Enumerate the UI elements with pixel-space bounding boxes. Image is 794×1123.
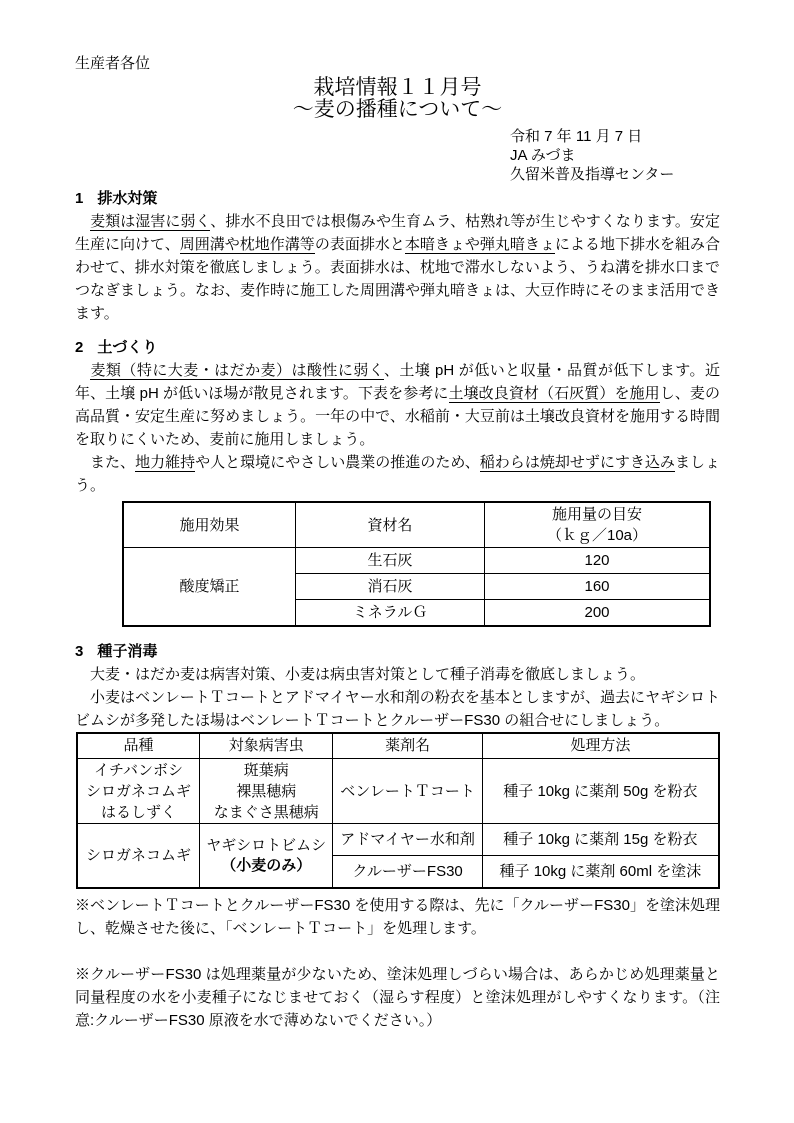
table-row: シロガネコムギ ヤギシロトビムシ （小麦のみ） アドマイヤー水和剤 種子 10k…: [77, 824, 719, 856]
amount-cell: 200: [485, 600, 711, 627]
section-3-paragraph-2: 小麦はベンレートＴコートとアドマイヤー水和剤の粉衣を基本としますが、過去にヤギシ…: [75, 686, 720, 732]
issue-date: 令和 7 年 11 月 7 日: [510, 127, 720, 146]
document-title-line2: ～麦の播種について～: [75, 99, 720, 121]
method-cell: 種子 10kg に薬剤 15g を粉衣: [482, 824, 719, 856]
section-1-paragraph: 麦類は湿害に弱く、排水不良田では根傷みや生育ムラ、枯熟れ等が生じやすくなります。…: [75, 210, 720, 325]
variety-line: はるしずく: [82, 802, 195, 823]
recipient-line: 生産者各位: [75, 52, 720, 75]
col-header-amount: 施用量の目安 （ｋｇ／10a）: [485, 502, 711, 548]
chemical-cell: ベンレートＴコート: [333, 759, 482, 824]
underlined-text: 麦類（特に大麦・はだか麦）は酸性に弱く: [90, 362, 384, 380]
method-cell: 種子 10kg に薬剤 50g を粉衣: [482, 759, 719, 824]
section-3-heading: 3種子消毒: [75, 641, 720, 663]
section-3-title: 種子消毒: [97, 643, 157, 660]
col-header-pest: 対象病害虫: [200, 733, 333, 759]
section-2-title: 土づくり: [97, 339, 157, 356]
underlined-text: 本暗きょや弾丸暗きょ: [405, 236, 555, 254]
footnote-2: ※クルーザーFS30 は処理薬量が少ないため、塗沫処理しづらい場合は、あらかじめ…: [75, 963, 720, 1032]
underlined-text: 稲わらは焼却せずにすき込み: [480, 454, 675, 472]
chemical-cell: クルーザーFS30: [333, 856, 482, 889]
disease-line: 裸黒穂病: [204, 781, 328, 802]
pest-cell: ヤギシロトビムシ （小麦のみ）: [200, 824, 333, 889]
section-2-number: 2: [75, 337, 83, 359]
method-cell: 種子 10kg に薬剤 60ml を塗沫: [482, 856, 719, 889]
org-name-ja: JA みづま: [510, 146, 720, 165]
seed-disinfection-table: 品種 対象病害虫 薬剤名 処理方法 イチバンボシ シロガネコムギ はるしずく 斑…: [76, 732, 720, 889]
variety-line: シロガネコムギ: [82, 781, 195, 802]
chemical-cell: アドマイヤー水和剤: [333, 824, 482, 856]
pest-name: ヤギシロトビムシ: [204, 836, 328, 856]
text-segment: また、: [75, 454, 135, 471]
issuer-block: 令和 7 年 11 月 7 日 JA みづま 久留米普及指導センター: [510, 127, 720, 184]
variety-cell: シロガネコムギ: [77, 824, 200, 889]
disease-line: なまぐさ黒穂病: [204, 802, 328, 823]
amount-cell: 160: [485, 574, 711, 600]
table-header-row: 施用効果 資材名 施用量の目安 （ｋｇ／10a）: [123, 502, 710, 548]
effect-cell: 酸度矯正: [123, 548, 296, 627]
section-3-number: 3: [75, 641, 83, 663]
underlined-text: 周囲溝や枕地作溝等: [180, 236, 315, 254]
section-2-paragraph-2: また、地力維持や人と環境にやさしい農業の推進のため、稲わらは焼却せずにすき込みま…: [75, 451, 720, 497]
text-segment: や人と環境にやさしい農業の推進のため、: [195, 454, 480, 471]
col-header-amount-line2: （ｋｇ／10a）: [489, 525, 705, 546]
col-header-method: 処理方法: [482, 733, 719, 759]
section-3-paragraph-1: 大麦・はだか麦は病害対策、小麦は病虫害対策として種子消毒を徹底しましょう。: [75, 663, 720, 686]
disease-line: 斑葉病: [204, 760, 328, 781]
underlined-text: 土壌改良資材（石灰質）を施用: [449, 385, 660, 403]
section-1-title: 排水対策: [97, 190, 157, 207]
col-header-material: 資材名: [296, 502, 485, 548]
material-cell: 消石灰: [296, 574, 485, 600]
disease-cell: 斑葉病 裸黒穂病 なまぐさ黒穂病: [200, 759, 333, 824]
amount-cell: 120: [485, 548, 711, 574]
section-1-number: 1: [75, 188, 83, 210]
table-row: イチバンボシ シロガネコムギ はるしずく 斑葉病 裸黒穂病 なまぐさ黒穂病 ベン…: [77, 759, 719, 824]
material-cell: 生石灰: [296, 548, 485, 574]
variety-line: イチバンボシ: [82, 760, 195, 781]
underlined-text: 地力維持: [135, 454, 195, 472]
col-header-chemical: 薬剤名: [333, 733, 482, 759]
col-header-variety: 品種: [77, 733, 200, 759]
org-name-center: 久留米普及指導センター: [510, 165, 720, 184]
table-row: 酸度矯正 生石灰 120: [123, 548, 710, 574]
material-cell: ミネラルＧ: [296, 600, 485, 627]
col-header-effect: 施用効果: [123, 502, 296, 548]
document-page: 生産者各位 栽培情報１１月号 ～麦の播種について～ 令和 7 年 11 月 7 …: [0, 0, 794, 1123]
underlined-text: 麦類は湿害に弱く: [90, 213, 210, 231]
section-2-heading: 2土づくり: [75, 337, 720, 359]
text-segment: の表面排水と: [315, 236, 405, 253]
variety-cell: イチバンボシ シロガネコムギ はるしずく: [77, 759, 200, 824]
section-2-paragraph-1: 麦類（特に大麦・はだか麦）は酸性に弱く、土壌 pH が低いと収量・品質が低下しま…: [75, 359, 720, 451]
table-header-row: 品種 対象病害虫 薬剤名 処理方法: [77, 733, 719, 759]
document-title: 栽培情報１１月号 ～麦の播種について～: [75, 77, 720, 121]
section-1-heading: 1排水対策: [75, 188, 720, 210]
pest-note: （小麦のみ）: [204, 856, 328, 876]
text-segment: [75, 213, 90, 230]
col-header-amount-line1: 施用量の目安: [489, 504, 705, 525]
soil-amendment-table: 施用効果 資材名 施用量の目安 （ｋｇ／10a） 酸度矯正 生石灰 120 消石…: [122, 501, 711, 627]
document-title-line1: 栽培情報１１月号: [75, 77, 720, 99]
footnote-1: ※ベンレートＴコートとクルーザーFS30 を使用する際は、先に「クルーザーFS3…: [75, 894, 720, 940]
text-segment: [75, 362, 90, 379]
